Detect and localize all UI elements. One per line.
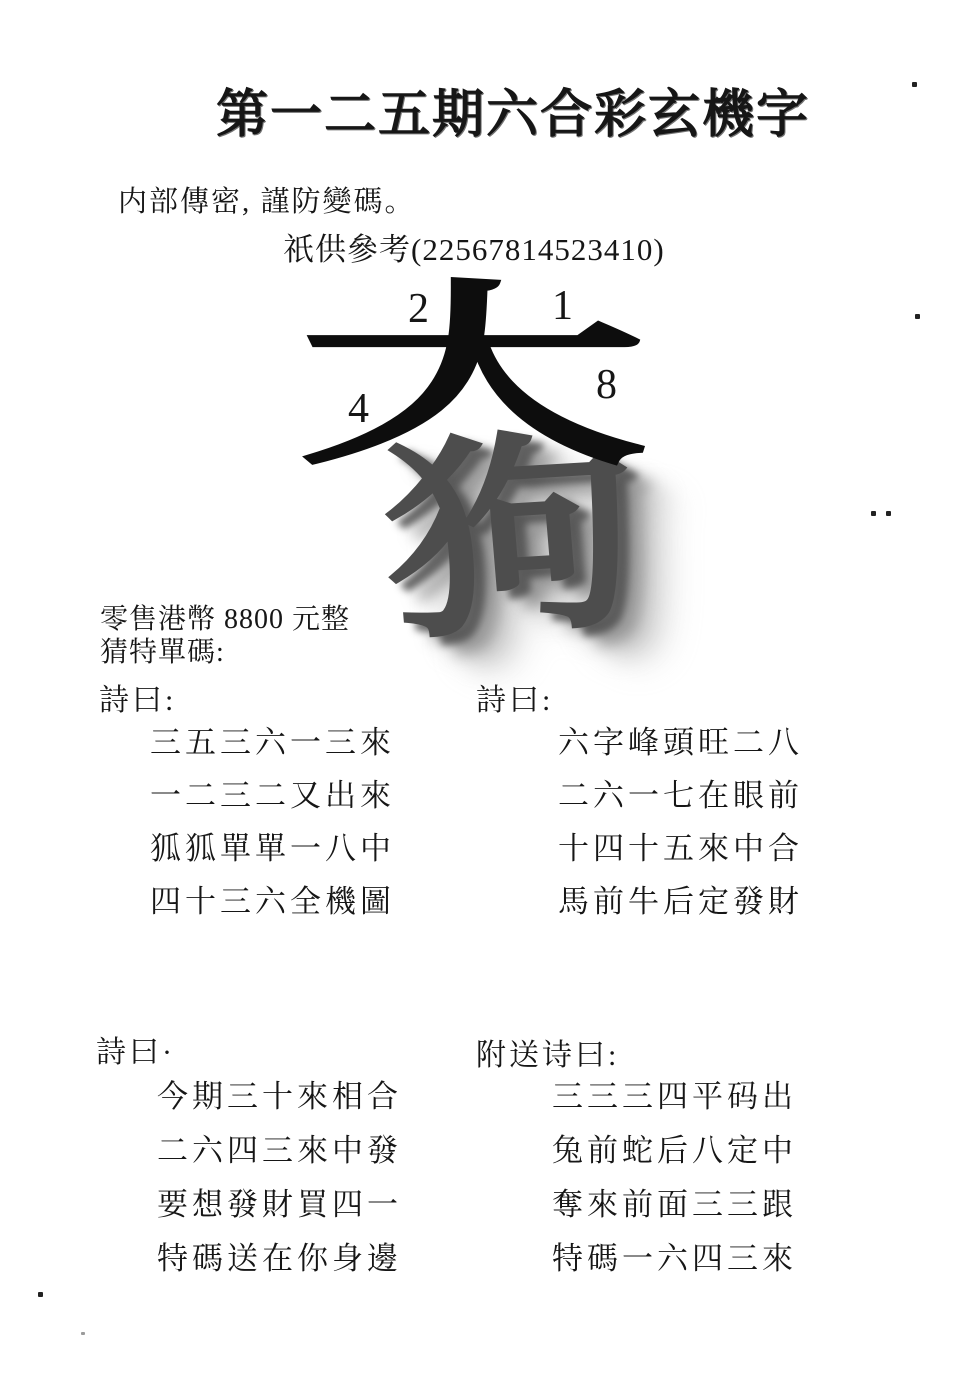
corner-number-top-right: 1 <box>552 285 573 327</box>
poem-line: 二六一七在眼前 <box>558 769 803 822</box>
poem-line: 馬前牛后定發財 <box>558 875 803 928</box>
corner-number-top-left: 2 <box>408 288 429 330</box>
scan-speck <box>915 314 920 319</box>
corner-number-mid-left: 4 <box>348 388 369 430</box>
poem-line: 奪來前面三三跟 <box>552 1178 797 1232</box>
poem-header-top-right: 詩曰: <box>476 675 553 719</box>
corner-number-mid-right: 8 <box>596 364 617 406</box>
poem-header-bonus: 附送诗曰: <box>476 1030 619 1074</box>
poem-line: 四十三六全機圖 <box>150 875 395 928</box>
poem-line: 今期三十來相合 <box>157 1070 402 1124</box>
lottery-tip-sheet: 第一二五期六合彩玄機字 内部傳密, 謹防變碼。 祇供參考(22567814523… <box>0 0 976 1388</box>
poem-header-top-left: 詩曰: <box>99 675 176 719</box>
poem-line: 特碼送在你身邊 <box>157 1232 402 1286</box>
poem-line: 狐狐單單一八中 <box>150 822 395 875</box>
poem-top-left: 三五三六一三來 一二三二又出來 狐狐單單一八中 四十三六全機圖 <box>150 716 395 928</box>
poem-line: 三五三六一三來 <box>150 716 395 769</box>
poem-line: 一二三二又出來 <box>150 769 395 822</box>
guess-special-code-line: 猜特單碼: <box>100 630 225 670</box>
scan-speck <box>81 1332 85 1335</box>
poem-line: 三三三四平码出 <box>552 1070 797 1124</box>
poem-line: 二六四三來中發 <box>157 1124 402 1178</box>
scan-speck <box>886 511 891 516</box>
scan-speck <box>912 82 917 87</box>
scan-speck <box>38 1292 43 1297</box>
poem-header-bottom-left: 詩曰· <box>96 1027 175 1071</box>
poem-bonus: 三三三四平码出 兔前蛇后八定中 奪來前面三三跟 特碼一六四三來 <box>552 1070 797 1286</box>
poem-top-right: 六字峰頭旺二八 二六一七在眼前 十四十五來中合 馬前牛后定發財 <box>558 716 803 928</box>
poem-line: 要想發財買四一 <box>157 1178 402 1232</box>
poem-line: 十四十五來中合 <box>558 822 803 875</box>
scan-speck <box>871 511 876 516</box>
poem-line: 兔前蛇后八定中 <box>552 1124 797 1178</box>
poem-line: 特碼一六四三來 <box>552 1232 797 1286</box>
poem-bottom-left: 今期三十來相合 二六四三來中發 要想發財買四一 特碼送在你身邊 <box>157 1070 402 1286</box>
zodiac-character-figure: 2 1 4 8 大 狗 <box>0 0 976 700</box>
poem-line: 六字峰頭旺二八 <box>558 716 803 769</box>
